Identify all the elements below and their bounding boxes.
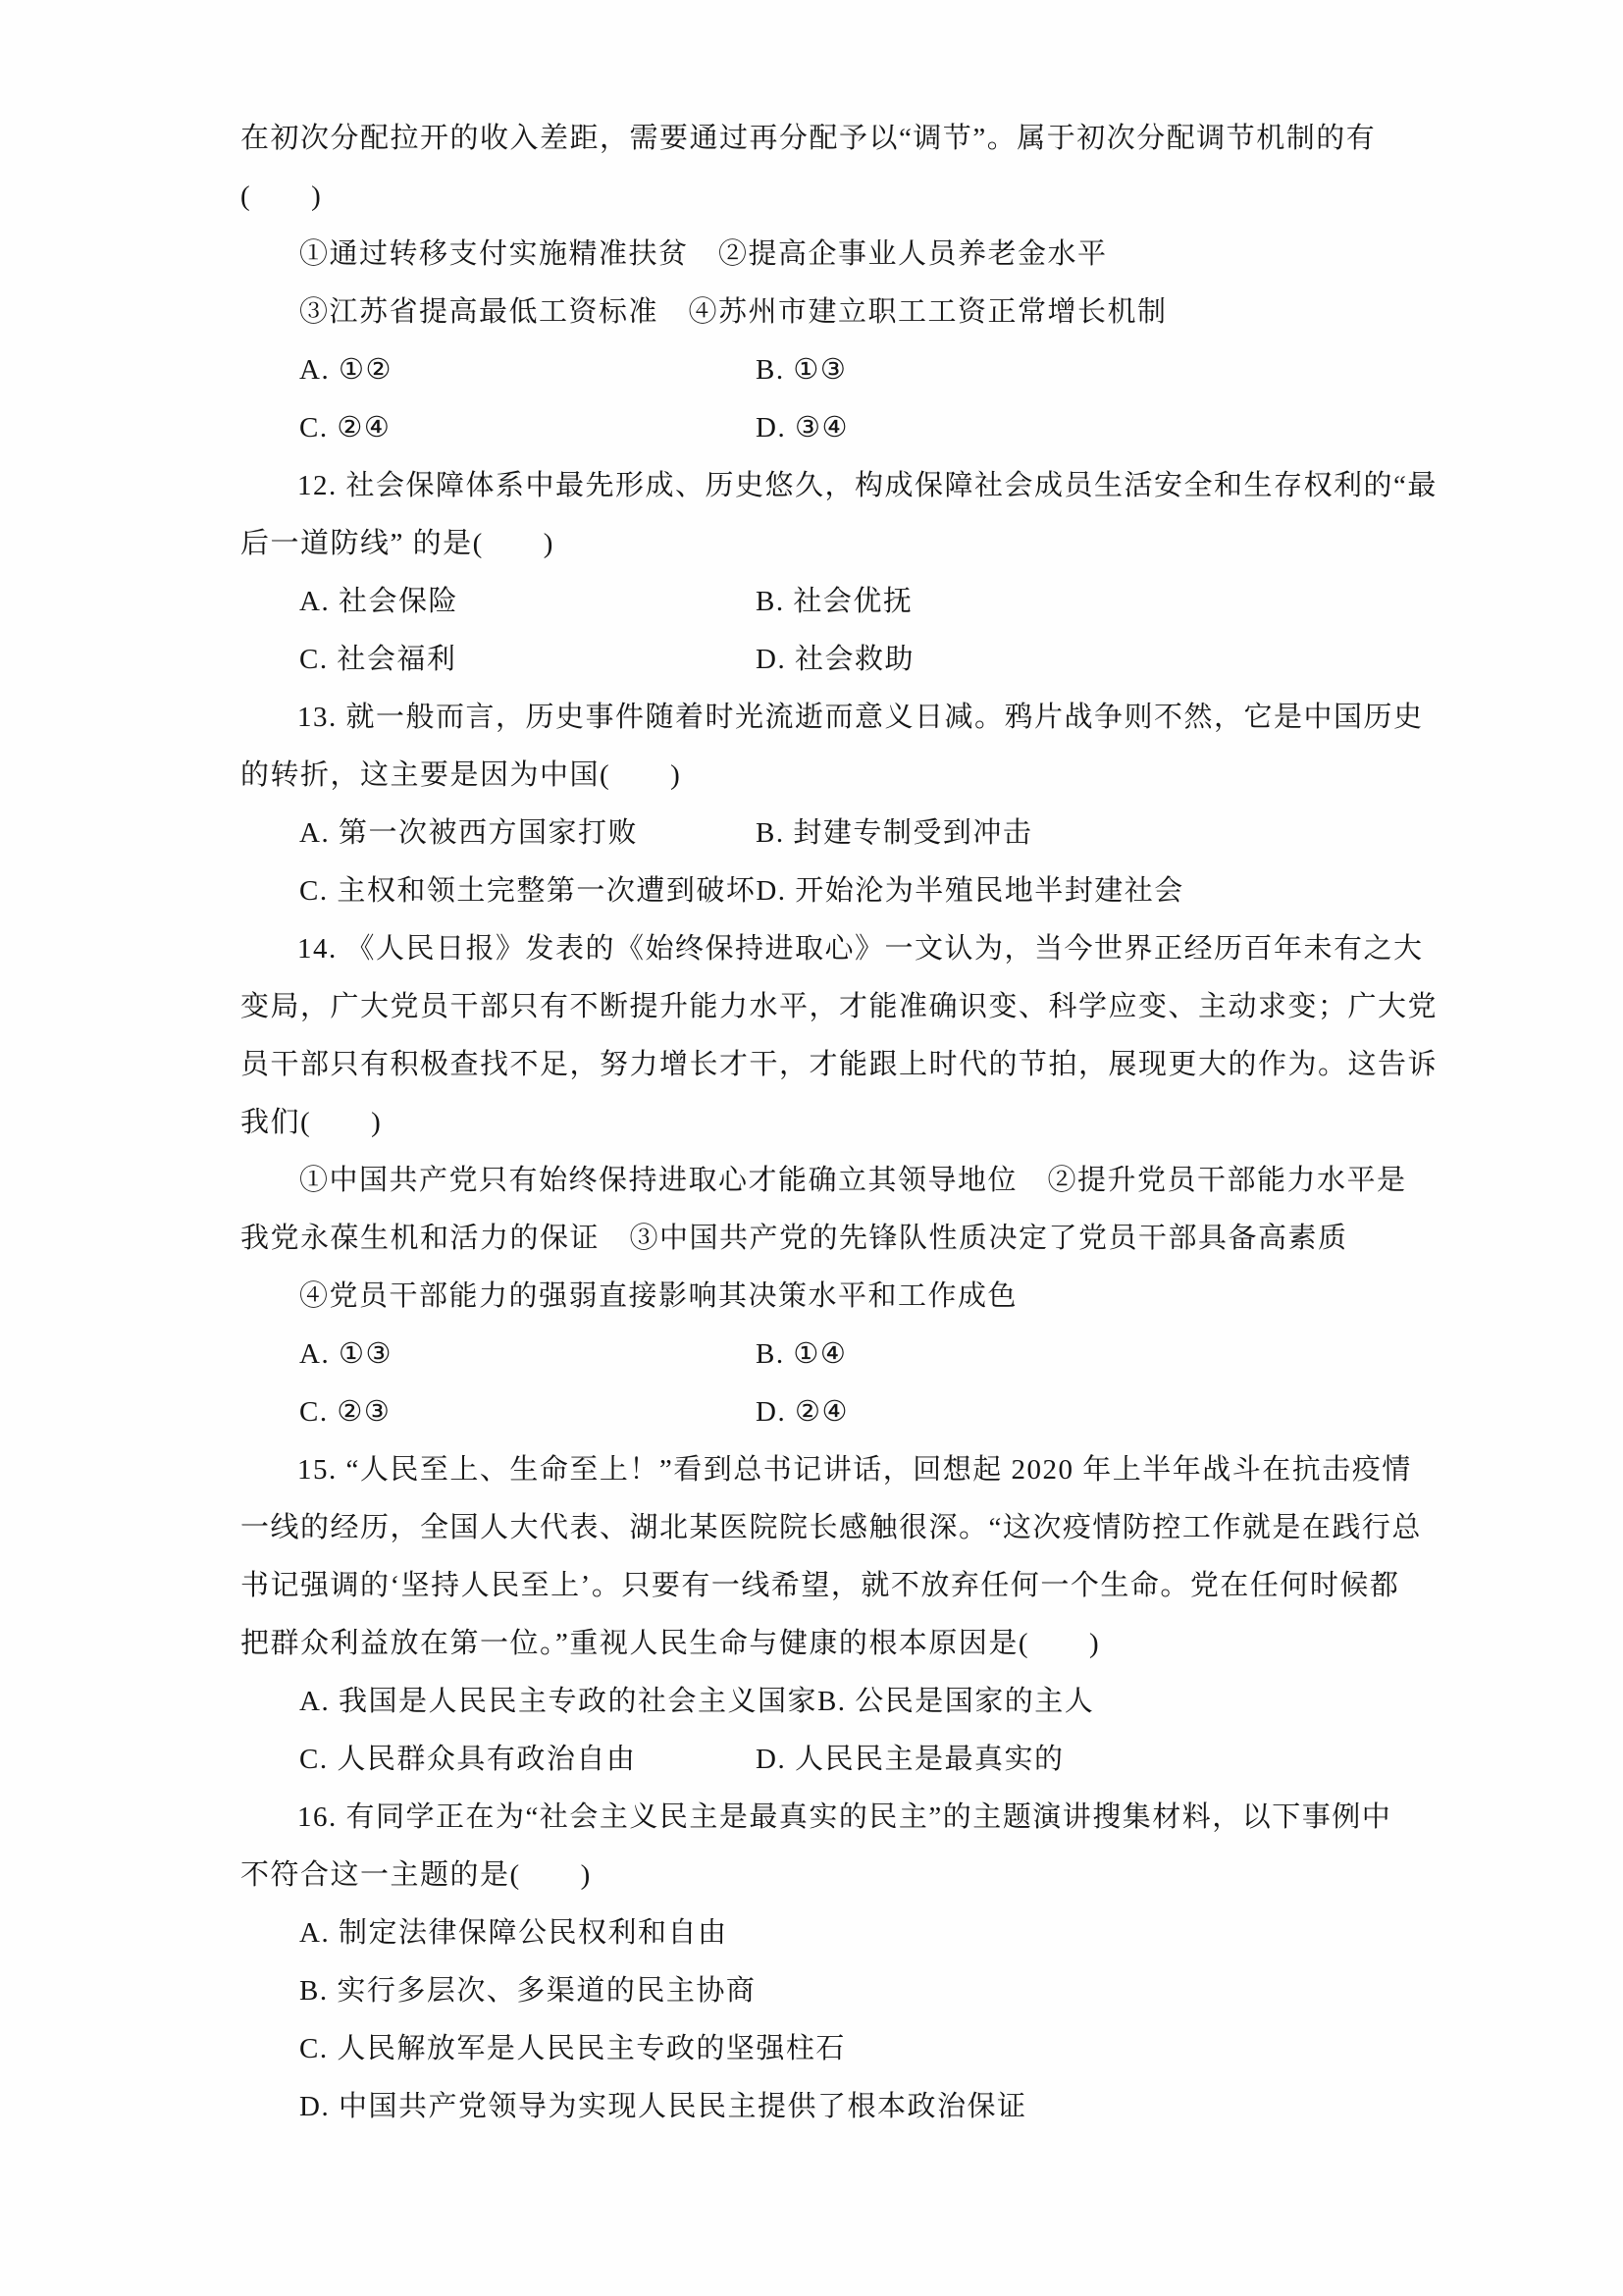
question-block-q15: 15. “人民至上、生命至上！”看到总书记讲话，回想起 2020 年上半年战斗在… (240, 1441, 1457, 1789)
option-column-left: A. 社会保险 (299, 573, 756, 631)
question-line: 一线的经历，全国人大代表、湖北某医院院长感触很深。“这次疫情防控工作就是在践行总 (240, 1499, 1457, 1557)
option-column-right: D. 人民民主是最真实的 (756, 1744, 1064, 1775)
question-line: 我党永葆生机和活力的保证 ③中国共产党的先锋队性质决定了党员干部具备高素质 (240, 1210, 1457, 1268)
question-line: B. 实行多层次、多渠道的民主协商 (240, 1962, 1457, 2020)
question-line: 15. “人民至上、生命至上！”看到总书记讲话，回想起 2020 年上半年战斗在… (240, 1441, 1457, 1499)
option-column-right: B. 封建专制受到冲击 (756, 817, 1032, 849)
question-line: 14. 《人民日报》发表的《始终保持进取心》一文认为，当今世界正经历百年未有之大 (240, 920, 1457, 978)
question-line: ③江苏省提高最低工资标准 ④苏州市建立职工工资正常增长机制 (240, 284, 1457, 341)
option-column-left: C. 主权和领土完整第一次遭到破坏 (299, 862, 756, 920)
question-line: 不符合这一主题的是( ) (240, 1847, 1457, 1905)
option-column-right: D. ②④ (756, 1396, 849, 1428)
exam-page: 在初次分配拉开的收入差距，需要通过再分配予以“调节”。属于初次分配调节机制的有(… (0, 0, 1623, 2296)
question-block-q11-continuation: 在初次分配拉开的收入差距，需要通过再分配予以“调节”。属于初次分配调节机制的有(… (240, 110, 1457, 457)
option-column-left: A. ①② (299, 341, 756, 399)
question-line: C. 主权和领土完整第一次遭到破坏D. 开始沦为半殖民地半封建社会 (240, 862, 1457, 920)
option-column-right: B. ①④ (756, 1338, 847, 1370)
option-column-left: C. 人民群众具有政治自由 (299, 1731, 756, 1789)
question-line: A. 第一次被西方国家打败B. 封建专制受到冲击 (240, 805, 1457, 862)
option-column-left: A. 第一次被西方国家打败 (299, 805, 756, 862)
question-line: ①通过转移支付实施精准扶贫 ②提高企事业人员养老金水平 (240, 226, 1457, 284)
question-line: 我们( ) (240, 1094, 1457, 1152)
question-line: 在初次分配拉开的收入差距，需要通过再分配予以“调节”。属于初次分配调节机制的有(… (240, 110, 1457, 226)
question-line: D. 中国共产党领导为实现人民民主提供了根本政治保证 (240, 2078, 1457, 2136)
question-line: A. ①③B. ①④ (240, 1326, 1457, 1383)
option-column-left: A. 我国是人民民主专政的社会主义国家 (299, 1673, 817, 1731)
question-block-q12: 12. 社会保障体系中最先形成、历史悠久，构成保障社会成员生活安全和生存权利的“… (240, 457, 1457, 689)
option-column-right: B. 社会优抚 (756, 586, 913, 617)
question-line: A. 我国是人民民主专政的社会主义国家B. 公民是国家的主人 (240, 1673, 1457, 1731)
option-column-right: B. ①③ (756, 354, 847, 386)
question-line: A. 制定法律保障公民权利和自由 (240, 1905, 1457, 1962)
question-block-q13: 13. 就一般而言，历史事件随着时光流逝而意义日减。鸦片战争则不然，它是中国历史… (240, 689, 1457, 920)
question-line: 把群众利益放在第一位。”重视人民生命与健康的根本原因是( ) (240, 1615, 1457, 1673)
question-line: C. 人民群众具有政治自由D. 人民民主是最真实的 (240, 1731, 1457, 1789)
question-line: 员干部只有积极查找不足，努力增长才干，才能跟上时代的节拍，展现更大的作为。这告诉 (240, 1036, 1457, 1094)
option-column-left: C. ②③ (299, 1383, 756, 1441)
question-line: ①中国共产党只有始终保持进取心才能确立其领导地位 ②提升党员干部能力水平是 (240, 1152, 1457, 1210)
question-block-q14: 14. 《人民日报》发表的《始终保持进取心》一文认为，当今世界正经历百年未有之大… (240, 920, 1457, 1441)
question-line: 书记强调的‘坚持人民至上’。只要有一线希望，就不放弃任何一个生命。党在任何时候都 (240, 1557, 1457, 1615)
question-line: 13. 就一般而言，历史事件随着时光流逝而意义日减。鸦片战争则不然，它是中国历史 (240, 689, 1457, 747)
question-block-q16: 16. 有同学正在为“社会主义民主是最真实的民主”的主题演讲搜集材料，以下事例中… (240, 1789, 1457, 2136)
question-line: 变局，广大党员干部只有不断提升能力水平，才能准确识变、科学应变、主动求变；广大党 (240, 978, 1457, 1036)
option-column-right: B. 公民是国家的主人 (817, 1686, 1094, 1717)
question-line: C. 人民解放军是人民民主专政的坚强柱石 (240, 2020, 1457, 2078)
option-column-right: D. ③④ (756, 412, 849, 444)
option-column-left: C. ②④ (299, 399, 756, 457)
question-line: A. ①②B. ①③ (240, 341, 1457, 399)
question-line: 16. 有同学正在为“社会主义民主是最真实的民主”的主题演讲搜集材料，以下事例中 (240, 1789, 1457, 1847)
question-line: 后一道防线” 的是( ) (240, 515, 1457, 573)
question-line: 12. 社会保障体系中最先形成、历史悠久，构成保障社会成员生活安全和生存权利的“… (240, 457, 1457, 515)
option-column-left: C. 社会福利 (299, 631, 756, 689)
question-line: 的转折，这主要是因为中国( ) (240, 747, 1457, 805)
question-line: A. 社会保险B. 社会优抚 (240, 573, 1457, 631)
question-line: C. 社会福利D. 社会救助 (240, 631, 1457, 689)
question-line: C. ②④D. ③④ (240, 399, 1457, 457)
option-column-right: D. 开始沦为半殖民地半封建社会 (756, 875, 1183, 907)
question-line: C. ②③D. ②④ (240, 1383, 1457, 1441)
option-column-left: A. ①③ (299, 1326, 756, 1383)
option-column-right: D. 社会救助 (756, 644, 915, 675)
text-body: 在初次分配拉开的收入差距，需要通过再分配予以“调节”。属于初次分配调节机制的有(… (240, 110, 1457, 2136)
question-line: ④党员干部能力的强弱直接影响其决策水平和工作成色 (240, 1268, 1457, 1326)
